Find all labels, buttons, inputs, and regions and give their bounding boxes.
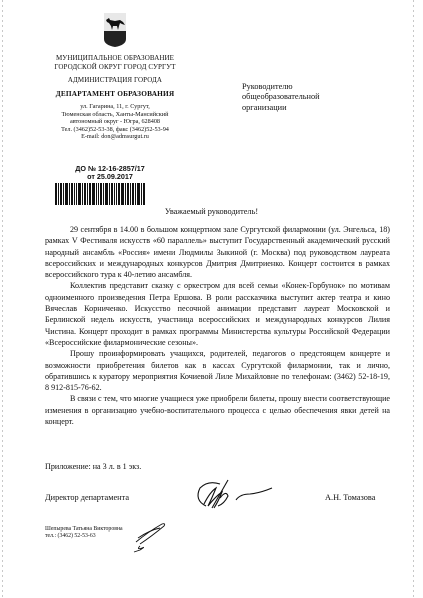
scan-edge-left — [2, 0, 3, 598]
registration-date: от 25.09.2017 — [60, 173, 160, 181]
appendix-note: Приложение: на 3 л. в 1 экз. — [45, 462, 141, 471]
body-paragraph: 29 сентября в 14.00 в большом концертном… — [45, 224, 390, 280]
handwritten-signature-icon — [192, 478, 282, 519]
executor-info: Шепырева Татьяна Викторовна тел.: (3462)… — [45, 526, 123, 541]
department-name: ДЕПАРТАМЕНТ ОБРАЗОВАНИЯ — [40, 90, 190, 99]
signatory-name: А.Н. Томазова — [325, 493, 375, 502]
address-line1: ул. Гагарина, 11, г. Сургут, — [40, 103, 190, 111]
scan-edge-right — [413, 0, 414, 598]
letter-body: 29 сентября в 14.00 в большом концертном… — [45, 224, 390, 427]
addressee: Руководителю общеобразовательной организ… — [242, 82, 320, 113]
org-name-line1: МУНИЦИПАЛЬНОЕ ОБРАЗОВАНИЕ — [40, 54, 190, 63]
addressee-line2: общеобразовательной — [242, 92, 320, 102]
body-paragraph: В связи с тем, что многие учащиеся уже п… — [45, 393, 390, 427]
address-line2: Тюменская область, Ханты-Мансийский — [40, 111, 190, 119]
body-paragraph: Прошу проинформировать учащихся, родител… — [45, 348, 390, 393]
salutation: Уважаемый руководитель! — [0, 207, 423, 216]
signatory-title: Директор департамента — [45, 493, 129, 502]
org-name-line2: ГОРОДСКОЙ ОКРУГ ГОРОД СУРГУТ — [40, 63, 190, 72]
addressee-line1: Руководителю — [242, 82, 320, 92]
letterhead: МУНИЦИПАЛЬНОЕ ОБРАЗОВАНИЕ ГОРОДСКОЙ ОКРУ… — [40, 12, 190, 141]
body-paragraph: Коллектив представит сказку с оркестром … — [45, 280, 390, 348]
email: E-mail: don@admsurgut.ru — [40, 133, 190, 141]
executor-phone: тел.: (3462) 52-53-63 — [45, 533, 123, 540]
phone-fax: Тел. (3462)52-53-38, факс (3462)52-53-94 — [40, 126, 190, 134]
addressee-line3: организации — [242, 103, 320, 113]
administration-name: АДМИНИСТРАЦИЯ ГОРОДА — [40, 76, 190, 85]
address-line3: автономный округ - Югра, 628408 — [40, 118, 190, 126]
surgut-coat-of-arms-fox-icon — [103, 12, 127, 48]
registration-stamp: ДО № 12-16-2857/17 от 25.09.2017 — [60, 165, 160, 181]
barcode-icon — [55, 183, 165, 205]
handwritten-initials-icon — [132, 520, 168, 559]
